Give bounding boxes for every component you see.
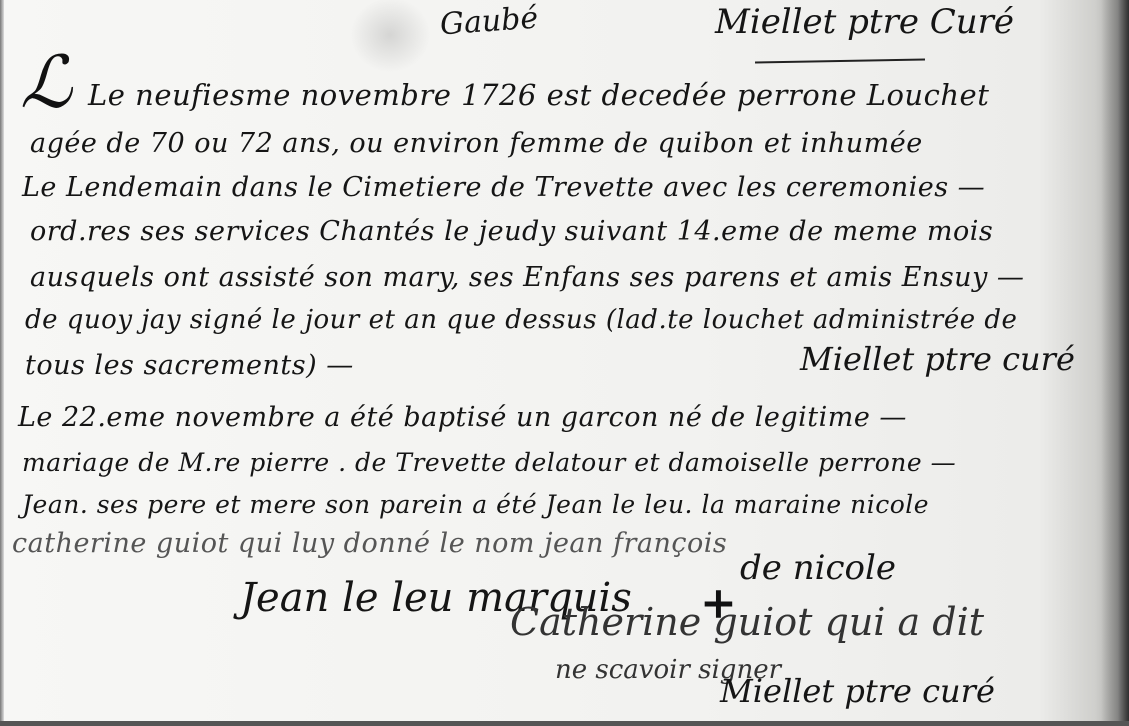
baptism-line-3: Jean. ses pere et mere son parein a été …: [22, 490, 929, 519]
burial-signature: Miellet ptre curé: [800, 340, 1075, 378]
burial-line-7: tous les sacrements) —: [25, 350, 354, 381]
document-page: Gaubé Miellet ptre Curé ℒ Le neufiesme n…: [0, 0, 1129, 726]
godmother-signature-note: Catherine guiot qui a dit: [510, 600, 984, 644]
page-left-edge: [0, 0, 4, 726]
baptism-priest-signature: Miellet ptre curé: [720, 672, 995, 710]
burial-line-1: Le neufiesme novembre 1726 est decedée p…: [88, 78, 989, 112]
header-signature-underline: [755, 59, 925, 64]
burial-line-6: de quoy jay signé le jour et an que dess…: [25, 305, 1017, 335]
burial-line-3: Le Lendemain dans le Cimetiere de Trevet…: [22, 172, 985, 203]
baptism-line-2: mariage de M.re pierre . de Trevette del…: [22, 448, 956, 477]
burial-line-5: ausquels ont assisté son mary, ses Enfan…: [30, 262, 1024, 293]
baptism-line-4: catherine guiot qui luy donné le nom jea…: [12, 528, 727, 559]
burial-line-2: agée de 70 ou 72 ans, ou environ femme d…: [30, 128, 923, 159]
header-signature: Miellet ptre Curé: [715, 2, 1014, 42]
page-binding-shadow: [1101, 0, 1129, 726]
godmother-name: de nicole: [740, 548, 896, 588]
burial-line-4: ord.res ses services Chantés le jeudy su…: [30, 216, 993, 247]
page-bottom-edge: [0, 721, 1129, 726]
margin-name: Gaubé: [439, 1, 539, 43]
decorative-initial: ℒ: [20, 40, 72, 124]
baptism-line-1: Le 22.eme novembre a été baptisé un garc…: [18, 402, 907, 433]
